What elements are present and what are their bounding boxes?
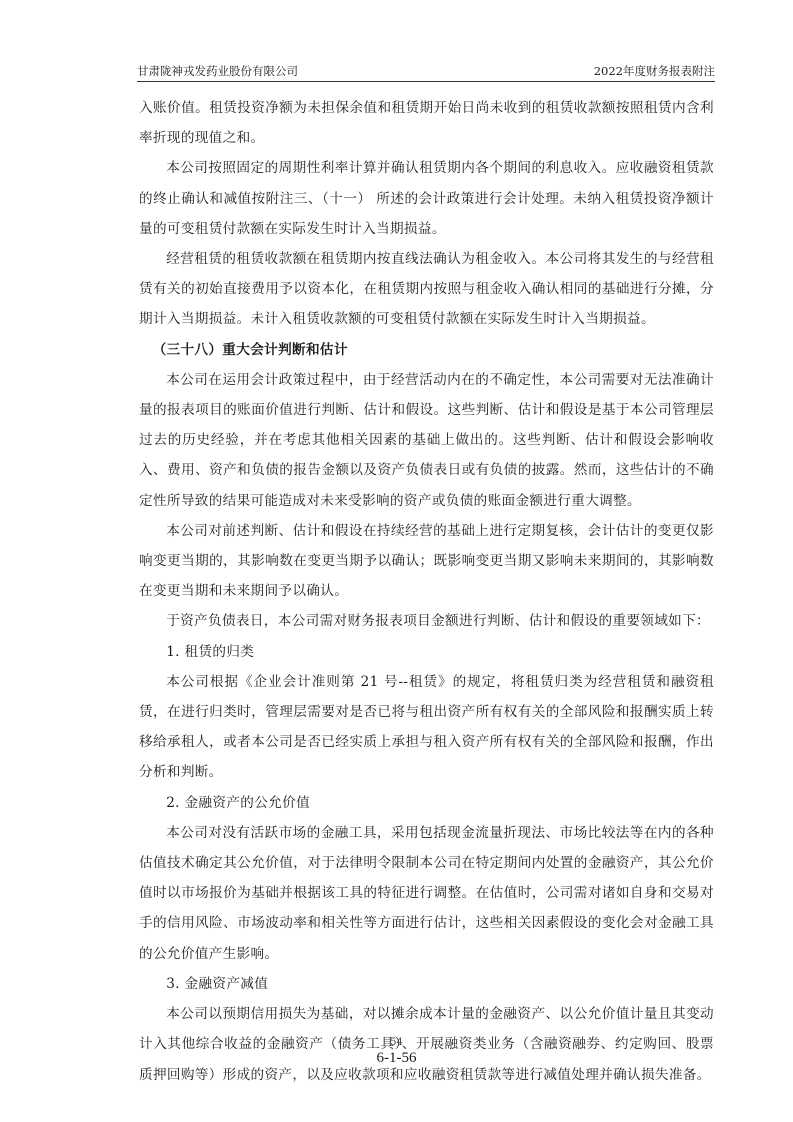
paragraph-key-areas: 于资产负债表日，本公司需对财务报表项目金额进行判断、估计和假设的重要领域如下： [139,606,714,636]
document-body: 入账价值。租赁投资净额为未担保余值和租赁期开始日尚未收到的租赁收款额按照租赁内含… [139,93,714,1090]
paragraph-judgments-intro: 本公司在运用会计政策过程中，由于经营活动内在的不确定性，本公司需要对无法准确计量… [139,365,714,516]
paragraph-periodic-review: 本公司对前述判断、估计和假设在持续经营的基础上进行定期复核，会计估计的变更仅影响… [139,516,714,607]
paragraph-lease-net-investment: 入账价值。租赁投资净额为未担保余值和租赁期开始日尚未收到的租赁收款额按照租赁内含… [139,93,714,153]
section-heading: （三十八）重大会计判断和估计 [139,335,714,365]
paragraph-interest-income: 本公司按照固定的周期性利率计算并确认租赁期内各个期间的利息收入。应收融资租赁款的… [139,153,714,244]
company-name: 甘肃陇神戎发药业股份有限公司 [137,63,298,79]
paragraph-fair-value: 本公司对没有活跃市场的金融工具，采用包括现金流量折现法、市场比较法等在内的各种估… [139,818,714,969]
subheading-lease-classification: 1. 租赁的归类 [139,637,714,667]
subheading-fair-value: 2. 金融资产的公允价值 [139,788,714,818]
document-code: 6-1-56 [0,1050,793,1067]
page-header: 甘肃陇神戎发药业股份有限公司 2022年度财务报表附注 [137,57,715,82]
subheading-impairment: 3. 金融资产减值 [139,969,714,999]
paragraph-operating-lease: 经营租赁的租赁收款额在租赁期内按直线法确认为租金收入。本公司将其发生的与经营租赁… [139,244,714,335]
paragraph-lease-classification: 本公司根据《企业会计准则第 21 号--租赁》的规定，将租赁归类为经营租赁和融资… [139,667,714,788]
report-title: 2022年度财务报表附注 [594,63,715,79]
page-number: 54 [0,1037,793,1048]
